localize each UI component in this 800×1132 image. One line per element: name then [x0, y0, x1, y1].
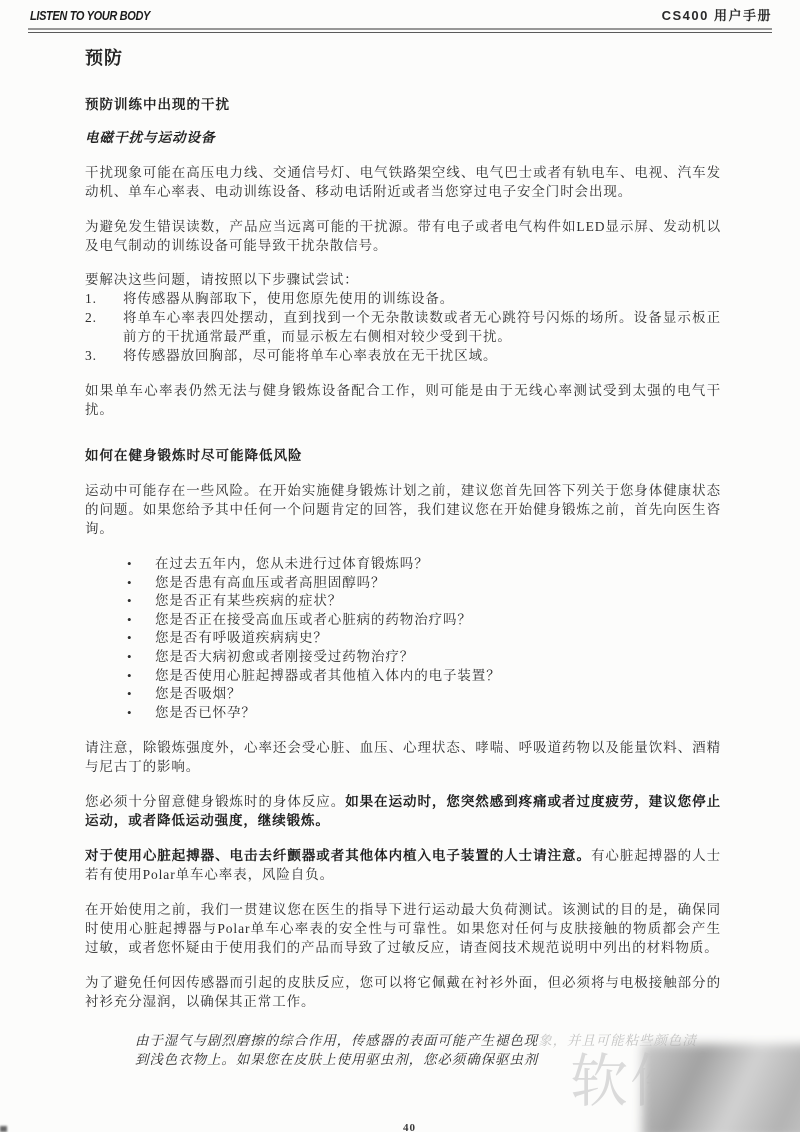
page-content: 预防 预防训练中出现的干扰 电磁干扰与运动设备 干扰现象可能在高压电力线、交通信…	[85, 34, 721, 1069]
paragraph-strong-interference: 如果单车心率表仍然无法与健身锻炼设备配合工作，则可能是由于无线心率测试受到太强的…	[85, 381, 721, 419]
question-text: 您是否正有某些疾病的症状？	[155, 592, 342, 611]
body-reaction-lead: 您必须十分留意健身锻炼时的身体反应。	[85, 794, 345, 809]
question-text: 您是否正在接受高血压或者心脏病的药物治疗吗？	[155, 611, 472, 630]
question-item: 您是否吸烟？	[127, 685, 721, 704]
page-number: 40	[403, 1122, 416, 1132]
question-text: 您是否患有高血压或者高胆固醇吗？	[155, 574, 385, 593]
paragraph-body-reaction: 您必须十分留意健身锻炼时的身体反应。如果在运动时，您突然感到疼痛或者过度疲劳，建…	[85, 792, 721, 830]
question-item: 您是否正在接受高血压或者心脏病的药物治疗吗？	[127, 611, 721, 630]
step-text: 将传感器从胸部取下，使用您原先使用的训练设备。	[123, 289, 721, 308]
question-text: 您是否使用心脏起搏器或者其他植入体内的电子装置？	[155, 667, 501, 686]
question-text: 您是否吸烟？	[155, 685, 241, 704]
paragraph-avoid-false-readings: 为避免发生错误读数，产品应当远离可能的干扰源。带有电子或者电气构件如LED显示屏…	[85, 217, 721, 255]
header-rule	[28, 28, 772, 33]
step-item: 1. 将传感器从胸部取下，使用您原先使用的训练设备。	[85, 289, 721, 308]
question-item: 您是否大病初愈或者刚接受过药物治疗？	[127, 648, 721, 667]
question-item: 在过去五年内，您从未进行过体育锻炼吗？	[127, 555, 721, 574]
header-brand-slogan: LISTEN TO YOUR BODY	[30, 9, 150, 23]
question-text: 您是否已怀孕？	[155, 704, 256, 723]
question-item: 您是否患有高血压或者高胆固醇吗？	[127, 574, 721, 593]
steps-intro: 要解决这些问题，请按照以下步骤试尝试：	[85, 270, 721, 289]
scan-smudge-blur	[642, 1044, 800, 1132]
page-title: 预防	[85, 49, 721, 68]
section-heading-minimize-risk: 如何在健身锻炼时尽可能降低风险	[85, 446, 721, 465]
troubleshooting-steps-list: 1. 将传感器从胸部取下，使用您原先使用的训练设备。 2. 将单车心率表四处摆动…	[85, 289, 721, 365]
manual-page: LISTEN TO YOUR BODY CS400 用户手册 预防 预防训练中出…	[0, 0, 800, 1132]
subsection-heading-electromagnetic: 电磁干扰与运动设备	[85, 128, 721, 147]
step-number: 2.	[85, 308, 123, 327]
note-line1: 由于湿气与剧烈磨擦的综合作用，传感器的表面可能产生褪色现	[135, 1033, 538, 1048]
step-number: 1.	[85, 289, 123, 308]
paragraph-skin-reaction: 为了避免任何因传感器而引起的皮肤反应，您可以将它佩戴在衬衫外面，但必须将与电极接…	[85, 973, 721, 1011]
paragraph-max-load-test: 在开始使用之前，我们一贯建议您在医生的指导下进行运动最大负荷测试。该测试的目的是…	[85, 900, 721, 957]
health-questions-list: 在过去五年内，您从未进行过体育锻炼吗？ 您是否患有高血压或者高胆固醇吗？ 您是否…	[85, 555, 721, 722]
note-line2: 到浅色衣物上。如果您在皮肤上使用驱虫剂，您必须确保驱虫剂	[135, 1052, 538, 1067]
paragraph-heart-rate-factors: 请注意，除锻炼强度外，心率还会受心脏、血压、心理状态、哮喘、呼吸道药物以及能量饮…	[85, 738, 721, 776]
section-heading-interference: 预防训练中出现的干扰	[85, 95, 721, 114]
step-number: 3.	[85, 346, 123, 365]
paragraph-exercise-risks: 运动中可能存在一些风险。在开始实施健身锻炼计划之前，建议您首先回答下列关于您身体…	[85, 481, 721, 538]
question-item: 您是否正有某些疾病的症状？	[127, 592, 721, 611]
step-item: 3. 将传感器放回胸部，尽可能将单车心率表放在无干扰区域。	[85, 346, 721, 365]
header-doc-title: CS400 用户手册	[662, 5, 772, 24]
paragraph-pacemaker-notice: 对于使用心脏起搏器、电击去纤颤器或者其他体内植入电子装置的人士请注意。有心脏起搏…	[85, 846, 721, 884]
paragraph-interference-sources: 干扰现象可能在高压电力线、交通信号灯、电气铁路架空线、电气巴士或者有轨电车、电视…	[85, 163, 721, 201]
question-item: 您是否已怀孕？	[127, 704, 721, 723]
page-header: LISTEN TO YOUR BODY CS400 用户手册	[30, 5, 772, 24]
question-item: 您是否使用心脏起搏器或者其他植入体内的电子装置？	[127, 667, 721, 686]
pacemaker-notice-lead: 对于使用心脏起搏器、电击去纤颤器或者其他体内植入电子装置的人士请注意。	[85, 848, 591, 863]
question-text: 在过去五年内，您从未进行过体育锻炼吗？	[155, 555, 429, 574]
step-text: 将单车心率表四处摆动，直到找到一个无杂散读数或者无心跳符号闪烁的场所。设备显示板…	[123, 308, 721, 346]
question-text: 您是否有呼吸道疾病病史？	[155, 629, 328, 648]
step-item: 2. 将单车心率表四处摆动，直到找到一个无杂散读数或者无心跳符号闪烁的场所。设备…	[85, 308, 721, 346]
question-text: 您是否大病初愈或者刚接受过药物治疗？	[155, 648, 414, 667]
question-item: 您是否有呼吸道疾病病史？	[127, 629, 721, 648]
step-text: 将传感器放回胸部，尽可能将单车心率表放在无干扰区域。	[123, 346, 721, 365]
scan-corner-artifact	[0, 1126, 7, 1132]
